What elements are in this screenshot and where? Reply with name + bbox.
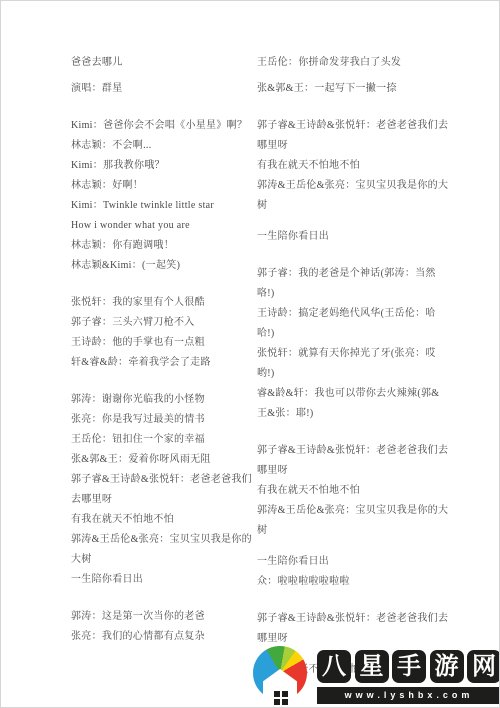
lyric-line: Kimi：那我教你哦？: [71, 156, 261, 176]
lyric-line: 一生陪你看日出: [71, 570, 261, 590]
lyric-line: 郭子睿&王诗龄&张悦轩：老爸老爸我们去哪里呀: [257, 116, 449, 156]
lyric-line: 林志颖：不会啊...: [71, 136, 261, 156]
left-lyrics-column: 爸爸去哪儿演唱：群星Kimi：爸爸你会不会唱《小星星》啊？林志颖：不会啊...K…: [71, 53, 261, 664]
lyric-line: 郭子睿：三头六臂刀枪不入: [71, 313, 261, 333]
lyric-section: 郭涛：谢谢你光临我的小怪物张亮：你是我写过最美的情书王岳伦：钮扣住一个家的幸福张…: [71, 390, 261, 590]
lyric-section: 王岳伦：你拼命发芽我白了头发张&郭&王：一起写下一撇一捺: [257, 53, 449, 99]
lyric-line: 林志颖：好啊！: [71, 176, 261, 196]
lyric-line: 张亮：我们的心情都有点复杂: [71, 627, 261, 647]
lyric-line: 郭涛：谢谢你光临我的小怪物: [71, 390, 261, 410]
lyric-line: 演唱：群星: [71, 79, 261, 99]
lyric-line: 王岳伦：钮扣住一个家的幸福: [71, 430, 261, 450]
lyric-line: 睿&龄&轩：我也可以带你去火辣辣(郭&王&张：耶!): [257, 384, 449, 424]
lyrics-document-page: 爸爸去哪儿演唱：群星Kimi：爸爸你会不会唱《小星星》啊？林志颖：不会啊...K…: [0, 0, 500, 708]
lyric-section: 郭涛：这是第一次当你的老爸张亮：我们的心情都有点复杂: [71, 607, 261, 647]
lyric-section: 张悦轩：我的家里有个人很酷郭子睿：三头六臂刀枪不入王诗龄：他的手掌也有一点粗轩&…: [71, 293, 261, 373]
right-lyrics-column: 王岳伦：你拼命发芽我白了头发张&郭&王：一起写下一撇一捺郭子睿&王诗龄&张悦轩：…: [257, 53, 449, 697]
brand-stamp-char: 游: [430, 650, 464, 683]
lyric-line: 郭子睿&王诗龄&张悦轩：老爸老爸我们去哪里呀: [257, 441, 449, 481]
brand-name-stamps: 八星手游网: [317, 650, 500, 684]
lyric-line: 有我在就天不怕地不怕: [257, 156, 449, 176]
watermark-url: www.lyshbx.com: [317, 687, 500, 704]
lyric-section: 郭子睿&王诗龄&张悦轩：老爸老爸我们去哪里呀有我在就天不怕地不怕郭涛&王岳伦&张…: [257, 116, 449, 247]
site-watermark: 八星手游网 www.lyshbx.com: [251, 643, 500, 708]
lyric-line: 爸爸去哪儿: [71, 53, 261, 73]
brand-stamp-char: 手: [392, 650, 426, 683]
lyric-line: 众：啦啦啦啦啦啦啦: [257, 572, 449, 592]
lyric-line: How i wonder what you are: [71, 216, 261, 236]
lyric-line: 轩&睿&龄：牵着我学会了走路: [71, 353, 261, 373]
lyric-line: 郭子睿&王诗龄&张悦轩：老爸老爸我们去哪里呀: [71, 470, 261, 510]
brand-stamp-char: 网: [467, 650, 500, 683]
lyric-section: 郭子睿：我的老爸是个神话(郭涛：当然咯!)王诗龄：搞定老妈绝代风华(王岳伦：哈哈…: [257, 264, 449, 424]
logo-window-icon: [274, 691, 288, 705]
line-spacer: [257, 541, 449, 552]
house-logo-icon: [253, 646, 307, 708]
lyric-line: 郭子睿：我的老爸是个神话(郭涛：当然咯!): [257, 264, 449, 304]
line-spacer: [257, 216, 449, 227]
lyric-line: 王岳伦：你拼命发芽我白了头发: [257, 53, 449, 73]
lyric-line: Kimi：爸爸你会不会唱《小星星》啊？: [71, 116, 261, 136]
lyric-line: 王诗龄：搞定老妈绝代风华(王岳伦：哈哈!): [257, 304, 449, 344]
lyric-section: 爸爸去哪儿演唱：群星: [71, 53, 261, 99]
lyric-section: Kimi：爸爸你会不会唱《小星星》啊？林志颖：不会啊...Kimi：那我教你哦？…: [71, 116, 261, 276]
lyric-line: 一生陪你看日出: [257, 552, 449, 572]
lyric-line: 王诗龄：他的手掌也有一点粗: [71, 333, 261, 353]
lyric-line: 郭涛&王岳伦&张亮：宝贝宝贝我是你的大树: [257, 501, 449, 541]
lyric-line: 林志颖：你有跑调哦！: [71, 236, 261, 256]
lyric-line: 有我在就天不怕地不怕: [257, 481, 449, 501]
lyric-line: 张&郭&王：一起写下一撇一捺: [257, 79, 449, 99]
lyric-line: 一生陪你看日出: [257, 227, 449, 247]
lyric-section: 郭子睿&王诗龄&张悦轩：老爸老爸我们去哪里呀有我在就天不怕地不怕郭涛&王岳伦&张…: [257, 441, 449, 592]
lyric-line: 张悦轩：我的家里有个人很酷: [71, 293, 261, 313]
lyric-line: 张悦轩：就算有天你掉光了牙(张亮：哎哟!): [257, 344, 449, 384]
lyric-line: 有我在就天不怕地不怕: [71, 510, 261, 530]
lyric-line: Kimi：Twinkle twinkle little star: [71, 196, 261, 216]
lyric-line: 张&郭&王：爱着你呀风雨无阻: [71, 450, 261, 470]
lyric-line: 郭涛&王岳伦&张亮：宝贝宝贝我是你的大树: [257, 176, 449, 216]
lyric-line: 林志颖&Kimi：(一起笑): [71, 256, 261, 276]
lyric-line: 郭涛：这是第一次当你的老爸: [71, 607, 261, 627]
brand-stamp-char: 星: [355, 650, 389, 683]
lyric-line: 郭涛&王岳伦&张亮：宝贝宝贝我是你的大树: [71, 530, 261, 570]
lyric-line: 张亮：你是我写过最美的情书: [71, 410, 261, 430]
brand-stamp-char: 八: [317, 650, 351, 683]
